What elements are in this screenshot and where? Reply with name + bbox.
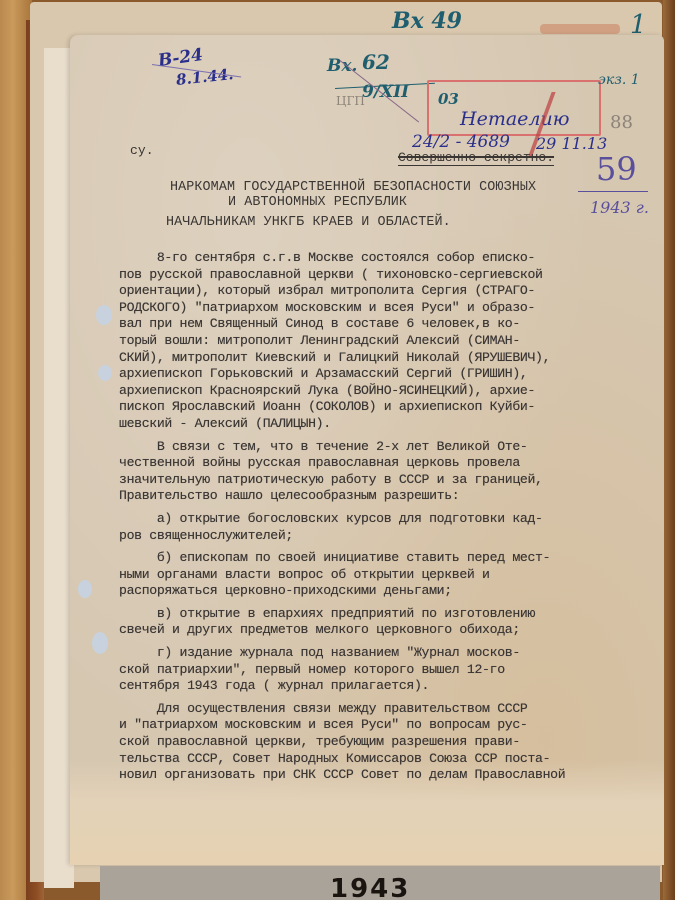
typed-line: ской православной церкви, требующим разр… <box>119 734 565 751</box>
inbound-number: 62 <box>362 50 390 74</box>
underline <box>578 191 648 192</box>
addressee-line-3: НАЧАЛЬНИКАМ УНКГБ КРАЕВ И ОБЛАСТЕЙ. <box>166 215 451 230</box>
typed-line: Для осуществления связи между правительс… <box>119 701 565 718</box>
archive-tab-label: 1943 <box>330 874 410 900</box>
typed-line: ориентации), который избрал митрополита … <box>119 283 565 300</box>
typed-line: новил организовать при СНК СССР Совет по… <box>119 767 565 784</box>
typed-line: свечей и других предметов мелкого церков… <box>119 622 565 639</box>
copy-mark: экз. 1 <box>598 72 640 88</box>
addressee-line-2: И АВТОНОМНЫХ РЕСПУБЛИК <box>228 195 407 210</box>
document-body: 8-го сентября с.г.в Москве состоялся соб… <box>119 250 565 784</box>
registration-number: 24/2 - 4689 <box>412 132 510 152</box>
back-sheet-red-smudge <box>540 24 620 34</box>
back-sheet-inbound-mark: Вх 49 <box>392 8 462 34</box>
document-prefix: су. <box>130 143 154 158</box>
classification-label: Совершенно секретно. <box>398 150 554 166</box>
typed-line: 8-го сентября с.г.в Москве состоялся соб… <box>119 250 565 267</box>
typed-line: В связи с тем, что в течение 2-х лет Вел… <box>119 439 565 456</box>
addressee-line-1: НАРКОМАМ ГОСУДАРСТВЕННОЙ БЕЗОПАСНОСТИ СО… <box>170 180 536 195</box>
paper-tear <box>78 580 92 598</box>
paper-tear <box>92 632 108 654</box>
pencil-page-number: 88 <box>610 112 633 133</box>
typed-line: пов русской православной церкви ( тихоно… <box>119 267 565 284</box>
typed-line: и "патриархом московским и всея Руси" по… <box>119 717 565 734</box>
typed-line: шевский - Алексий (ПАЛИЦЫН). <box>119 416 565 433</box>
typed-line: а) открытие богословских курсов для подг… <box>119 511 565 528</box>
typed-line: распоряжаться церковно-приходскими деньг… <box>119 583 565 600</box>
typed-line: значительную патриотическую работу в ССС… <box>119 472 565 489</box>
typed-line: пископ Ярославский Иоанн (СОКОЛОВ) и арх… <box>119 399 565 416</box>
typed-line: тельства СССР, Совет Народных Комиссаров… <box>119 751 565 768</box>
typed-line: б) епископам по своей инициативе ставить… <box>119 550 565 567</box>
pencil-mark: ЦГП <box>336 94 365 108</box>
typed-line: РОДСКОГО) "патриархом московским и всея … <box>119 300 565 317</box>
typed-line: архиепископ Горьковский и Арзамасский Се… <box>119 366 565 383</box>
year-mark: 1943 г. <box>590 198 649 217</box>
sheet-number: 59 <box>596 150 637 188</box>
typed-line: ров священнослужителей; <box>119 528 565 545</box>
typed-line: г) издание журнала под названием "Журнал… <box>119 645 565 662</box>
typed-line: торый вошли: митрополит Ленинградский Ал… <box>119 333 565 350</box>
typed-line: архиепископ Красноярский Лука (ВОЙНО-ЯСИ… <box>119 383 565 400</box>
inbound-label: Вх. <box>327 56 357 76</box>
paper-tear <box>98 365 112 381</box>
paper-tear <box>96 305 112 325</box>
typed-line: в) открытие в епархиях предприятий по из… <box>119 606 565 623</box>
typed-line: чественной войны русская православная це… <box>119 455 565 472</box>
typed-line: ными органами власти вопрос об открытии … <box>119 567 565 584</box>
typed-line: вал при нем Священный Синод в составе 6 … <box>119 316 565 333</box>
typed-line: Правительство нашло целесообразным разре… <box>119 488 565 505</box>
typed-line: СКИЙ), митрополит Киевский и Галицкий Ни… <box>119 350 565 367</box>
stamp-number: 03 <box>438 90 459 108</box>
typed-line: сентября 1943 года ( журнал прилагается)… <box>119 678 565 695</box>
typed-line: ской патриархии", первый номер которого … <box>119 662 565 679</box>
binder-right-edge <box>663 0 675 900</box>
